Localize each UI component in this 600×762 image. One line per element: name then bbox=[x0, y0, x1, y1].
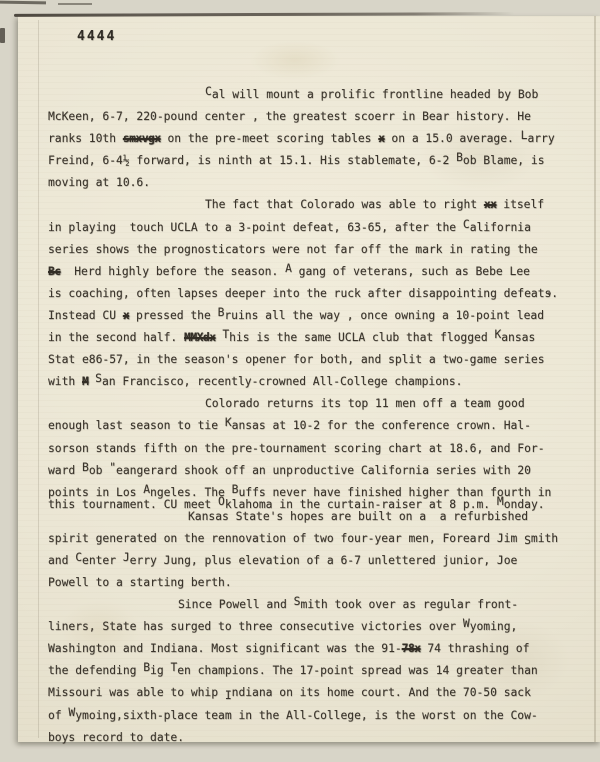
text-line: enough last season to tie Kansas at 10-2… bbox=[48, 419, 578, 441]
text-line: ward Bob "eangerard shook off an unprodu… bbox=[48, 464, 578, 486]
text-line: is coaching, often lapses deeper into th… bbox=[48, 287, 578, 309]
text-line: Powell to a starting berth. bbox=[48, 576, 578, 598]
text-line: Washington and Indiana. Most significant… bbox=[48, 642, 578, 664]
paper-edge-right bbox=[594, 16, 596, 742]
scanned-document-page: 4444 Cal will mount a prolific frontline… bbox=[0, 0, 600, 762]
text-line: with M San Francisco, recently-crowned A… bbox=[48, 375, 578, 397]
text-line: Since Powell and Smith took over as regu… bbox=[48, 598, 578, 620]
scan-artifact-dash bbox=[0, 1, 46, 5]
text-line: Freind, 6-4½ forward, is ninth at 15.1. … bbox=[48, 154, 578, 176]
ink-smudge bbox=[0, 28, 5, 43]
page-lines: Cal will mount a prolific frontline head… bbox=[48, 88, 578, 753]
text-line: in playing touch UCLA to a 3-point defea… bbox=[48, 221, 578, 243]
text-line: Kansas State's hopes are built on a a re… bbox=[48, 510, 578, 532]
text-line: moving at 10.6. bbox=[48, 176, 578, 198]
scan-artifact-dash bbox=[58, 3, 92, 5]
paper-crease bbox=[38, 20, 39, 738]
text-line: Missouri was able to whip Indiana on its… bbox=[48, 686, 578, 708]
text-line: of Wymoing,sixth-place team in the All-C… bbox=[48, 709, 578, 731]
text-line: McKeen, 6-7, 220-pound center , the grea… bbox=[48, 110, 578, 132]
text-line: sorson stands fifth on the pre-tournamen… bbox=[48, 442, 578, 464]
page-number: 4444 bbox=[77, 29, 116, 44]
text-line: the defending Big Ten champions. The 17-… bbox=[48, 664, 578, 686]
text-line: boys record to date. bbox=[48, 731, 578, 753]
text-line: Colorado returns its top 11 men off a te… bbox=[48, 397, 578, 419]
text-line: in the second half. MMXdx This is the sa… bbox=[48, 331, 578, 353]
text-line: series shows the prognosticators were no… bbox=[48, 243, 578, 265]
text-line: Bc Herd highly before the season. A gang… bbox=[48, 265, 578, 287]
text-line: ranks 10th smxvgx on the pre-meet scorin… bbox=[48, 132, 578, 154]
text-line: Stat e86-57, in the season's opener for … bbox=[48, 353, 578, 375]
text-line: liners, State has surged to three consec… bbox=[48, 620, 578, 642]
text-line: Cal will mount a prolific frontline head… bbox=[48, 88, 578, 110]
text-line: and Center Jerry Jung, plus elevation of… bbox=[48, 554, 578, 576]
text-line: The fact that Colorado was able to right… bbox=[48, 198, 578, 220]
text-line: this tournament. CU meet Oklahoma in the… bbox=[48, 498, 578, 510]
